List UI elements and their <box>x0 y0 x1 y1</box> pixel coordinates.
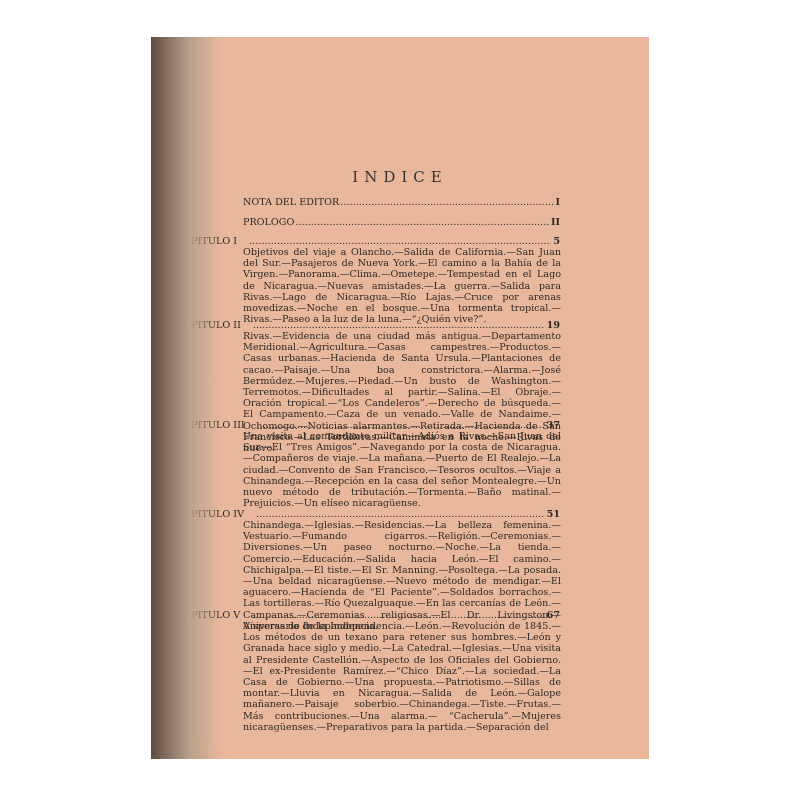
toc-chapter-2: CAPITULO II 19 <box>177 320 560 331</box>
chapter-page: 67 <box>547 610 560 621</box>
dot-leader <box>249 236 551 247</box>
page-title: INDICE <box>151 168 649 186</box>
toc-entry-editor-note: NOTA DEL EDITOR I <box>243 197 560 208</box>
entry-page: I <box>556 197 561 208</box>
dot-leader <box>253 320 545 331</box>
entry-label: PROLOGO <box>243 217 294 228</box>
chapter-1-summary: Objetivos del viaje a Olancho.—Salida de… <box>243 247 561 325</box>
chapter-page: 37 <box>547 420 560 431</box>
chapter-label: CAPITULO II <box>177 320 241 331</box>
book-page: INDICE NOTA DEL EDITOR I PROLOGO II CAPI… <box>151 37 649 759</box>
chapter-label: CAPITULO V <box>177 610 240 621</box>
chapter-label: CAPITULO III <box>177 420 245 431</box>
chapter-page: 51 <box>547 509 560 520</box>
entry-page: II <box>551 217 560 228</box>
toc-chapter-4: CAPITULO IV 51 <box>177 509 560 520</box>
chapter-3-summary: Una visita al comandante militar.—Adiós … <box>243 431 561 509</box>
dot-leader <box>257 420 545 431</box>
chapter-page: 19 <box>547 320 560 331</box>
toc-chapter-1: CAPITULO I 5 <box>177 236 560 247</box>
chapter-page: 5 <box>553 236 560 247</box>
chapter-5-summary: Aniversario de la Independencia.—León.—R… <box>243 621 561 733</box>
dot-leader <box>252 610 544 621</box>
dot-leader <box>340 197 554 208</box>
toc-chapter-3: CAPITULO III 37 <box>177 420 560 431</box>
entry-label: NOTA DEL EDITOR <box>243 197 339 208</box>
chapter-label: CAPITULO IV <box>177 509 244 520</box>
toc-entry-prologue: PROLOGO II <box>243 217 560 228</box>
dot-leader <box>256 509 545 520</box>
dot-leader <box>295 217 550 228</box>
chapter-label: CAPITULO I <box>177 236 237 247</box>
toc-chapter-5: CAPITULO V 67 <box>177 610 560 621</box>
